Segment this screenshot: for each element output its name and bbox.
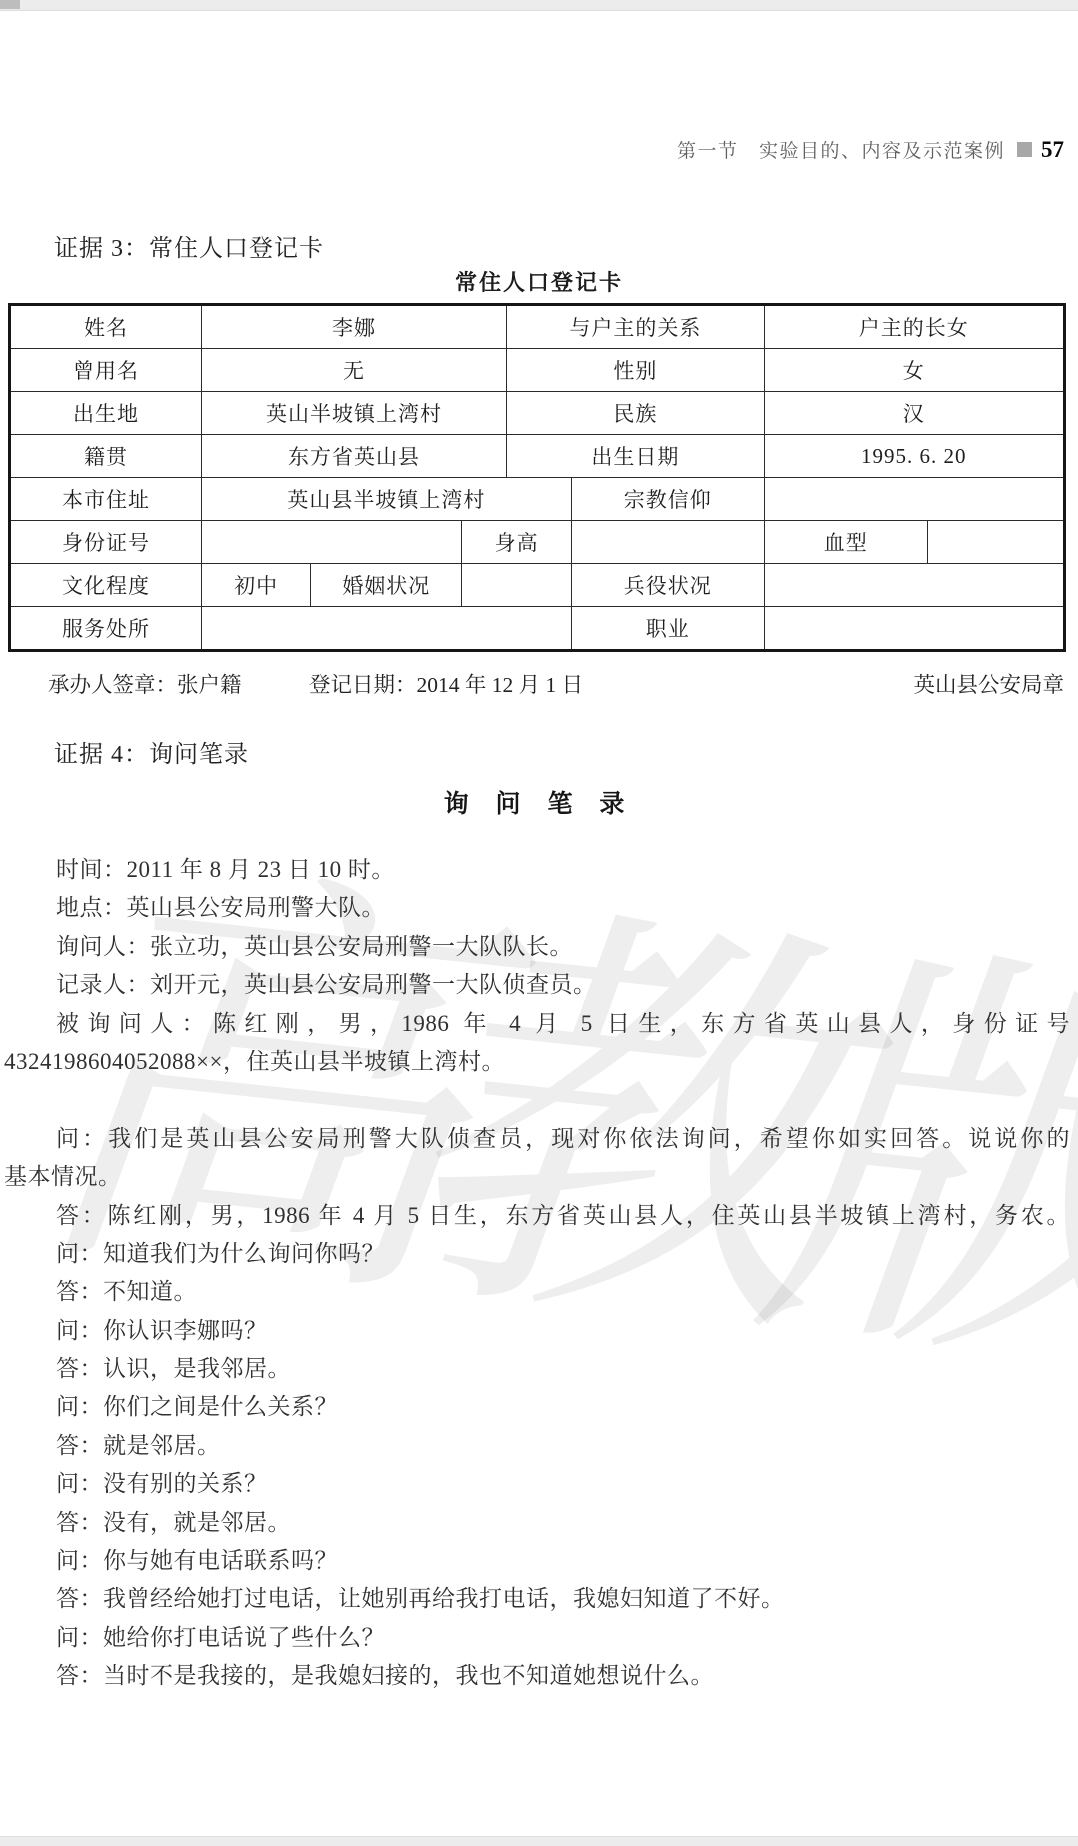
- record-line: 时间：2011 年 8 月 23 日 10 时。: [4, 851, 1074, 889]
- question-line: 问：没有别的关系？: [4, 1465, 1074, 1503]
- table-cell: [202, 521, 462, 563]
- table-cell: [462, 564, 571, 606]
- table-cell: 女: [765, 349, 1063, 391]
- table-cell: 1995. 6. 20: [765, 435, 1063, 477]
- registration-date: 登记日期：2014 年 12 月 1 日: [309, 668, 583, 699]
- answer-line: 答：我曾经给她打过电话，让她别再给我打电话，我媳妇知道了不好。: [4, 1580, 1074, 1618]
- table-cell: 兵役状况: [572, 564, 765, 606]
- table-cell: 民族: [507, 392, 765, 434]
- table-cell: 血型: [765, 521, 928, 563]
- table-cell: 姓名: [11, 306, 202, 348]
- table-cell: 初中: [202, 564, 311, 606]
- registration-table: 姓名李娜与户主的关系户主的长女曾用名无性别女出生地英山半坡镇上湾村民族汉籍贯东方…: [8, 303, 1066, 652]
- table-cell: 身份证号: [11, 521, 202, 563]
- table-cell: 宗教信仰: [572, 478, 765, 520]
- evidence3-heading: 证据 3：常住人口登记卡: [54, 228, 324, 263]
- record-line: [4, 1081, 1074, 1119]
- record-line: 地点：英山县公安局刑警大队。: [4, 889, 1074, 927]
- record-line: 记录人：刘开元，英山县公安局刑警一大队侦查员。: [4, 966, 1074, 1004]
- table-cell: [928, 521, 1063, 563]
- table-cell: 职业: [572, 607, 765, 649]
- record-line: 4324198604052088××，住英山县半坡镇上湾村。: [4, 1043, 1074, 1081]
- table-cell: 东方省英山县: [202, 435, 507, 477]
- answer-line: 答：就是邻居。: [4, 1427, 1074, 1465]
- table-cell: 籍贯: [11, 435, 202, 477]
- table-row: 服务处所职业: [11, 607, 1063, 649]
- table-cell: 汉: [765, 392, 1063, 434]
- question-line: 问：知道我们为什么询问你吗？: [4, 1235, 1074, 1273]
- table-cell: 出生日期: [507, 435, 765, 477]
- handler-signature: 承办人签章：张户籍: [48, 668, 242, 699]
- table-cell: 无: [202, 349, 507, 391]
- table-row: 本市住址英山县半坡镇上湾村宗教信仰: [11, 478, 1063, 521]
- table-row: 姓名李娜与户主的关系户主的长女: [11, 306, 1063, 349]
- table-row: 曾用名无性别女: [11, 349, 1063, 392]
- evidence4-heading: 证据 4：询问笔录: [54, 734, 249, 769]
- answer-line: 答：认识，是我邻居。: [4, 1350, 1074, 1388]
- record-line: 询问人：张立功，英山县公安局刑警一大队队长。: [4, 928, 1074, 966]
- table-cell: 服务处所: [11, 607, 202, 649]
- question-line: 问：你认识李娜吗？: [4, 1312, 1074, 1350]
- table-cell: 文化程度: [11, 564, 202, 606]
- table-cell: 李娜: [202, 306, 507, 348]
- table-cell: 与户主的关系: [507, 306, 765, 348]
- record-line: 被询问人：陈红刚，男，1986 年 4 月 5 日生，东方省英山县人，身份证号: [4, 1005, 1074, 1043]
- table-cell: [765, 478, 1063, 520]
- page-edge-bottom: [0, 1836, 1078, 1846]
- question-line: 问：你与她有电话联系吗？: [4, 1542, 1074, 1580]
- table-cell: 婚姻状况: [311, 564, 462, 606]
- registration-card-title: 常住人口登记卡: [0, 266, 1078, 297]
- table-cell: 户主的长女: [765, 306, 1063, 348]
- table-row: 文化程度初中婚姻状况兵役状况: [11, 564, 1063, 607]
- registration-signature-row: 承办人签章：张户籍 登记日期：2014 年 12 月 1 日 英山县公安局章: [0, 668, 1078, 698]
- table-cell: 本市住址: [11, 478, 202, 520]
- answer-line: 答：不知道。: [4, 1273, 1074, 1311]
- table-row: 身份证号身高血型: [11, 521, 1063, 564]
- table-row: 籍贯东方省英山县出生日期1995. 6. 20: [11, 435, 1063, 478]
- table-cell: 曾用名: [11, 349, 202, 391]
- running-header: 第一节 实验目的、内容及示范案例 57: [677, 136, 1064, 163]
- table-cell: 身高: [462, 521, 571, 563]
- interrogation-record-title: 询 问 笔 录: [0, 784, 1078, 820]
- answer-line: 答：当时不是我接的，是我媳妇接的，我也不知道她想说什么。: [4, 1657, 1074, 1695]
- question-line: 问：我们是英山县公安局刑警大队侦查员，现对你依法询问，希望你如实回答。说说你的: [4, 1120, 1074, 1158]
- question-line: 问：她给你打电话说了些什么？: [4, 1619, 1074, 1657]
- interrogation-record-body: 时间：2011 年 8 月 23 日 10 时。地点：英山县公安局刑警大队。询问…: [4, 851, 1074, 1696]
- table-cell: [765, 564, 1063, 606]
- bureau-seal-label: 英山县公安局章: [913, 668, 1064, 699]
- answer-line: 答：没有，就是邻居。: [4, 1504, 1074, 1542]
- table-cell: [572, 521, 765, 563]
- record-line: 基本情况。: [4, 1158, 1074, 1196]
- page-edge-top: [0, 0, 1078, 11]
- section-title: 第一节 实验目的、内容及示范案例: [677, 136, 1005, 163]
- square-marker-icon: [1017, 142, 1032, 157]
- table-cell: 出生地: [11, 392, 202, 434]
- table-cell: 性别: [507, 349, 765, 391]
- document-page: 高教版 第一节 实验目的、内容及示范案例 57 证据 3：常住人口登记卡 常住人…: [0, 0, 1078, 1846]
- answer-line: 答：陈红刚，男，1986 年 4 月 5 日生，东方省英山县人，住英山县半坡镇上…: [4, 1197, 1074, 1235]
- table-cell: [765, 607, 1063, 649]
- table-cell: 英山半坡镇上湾村: [202, 392, 507, 434]
- page-corner-mark: [0, 0, 20, 9]
- question-line: 问：你们之间是什么关系？: [4, 1388, 1074, 1426]
- page-number: 57: [1041, 137, 1064, 163]
- table-cell: [202, 607, 572, 649]
- table-cell: 英山县半坡镇上湾村: [202, 478, 572, 520]
- table-row: 出生地英山半坡镇上湾村民族汉: [11, 392, 1063, 435]
